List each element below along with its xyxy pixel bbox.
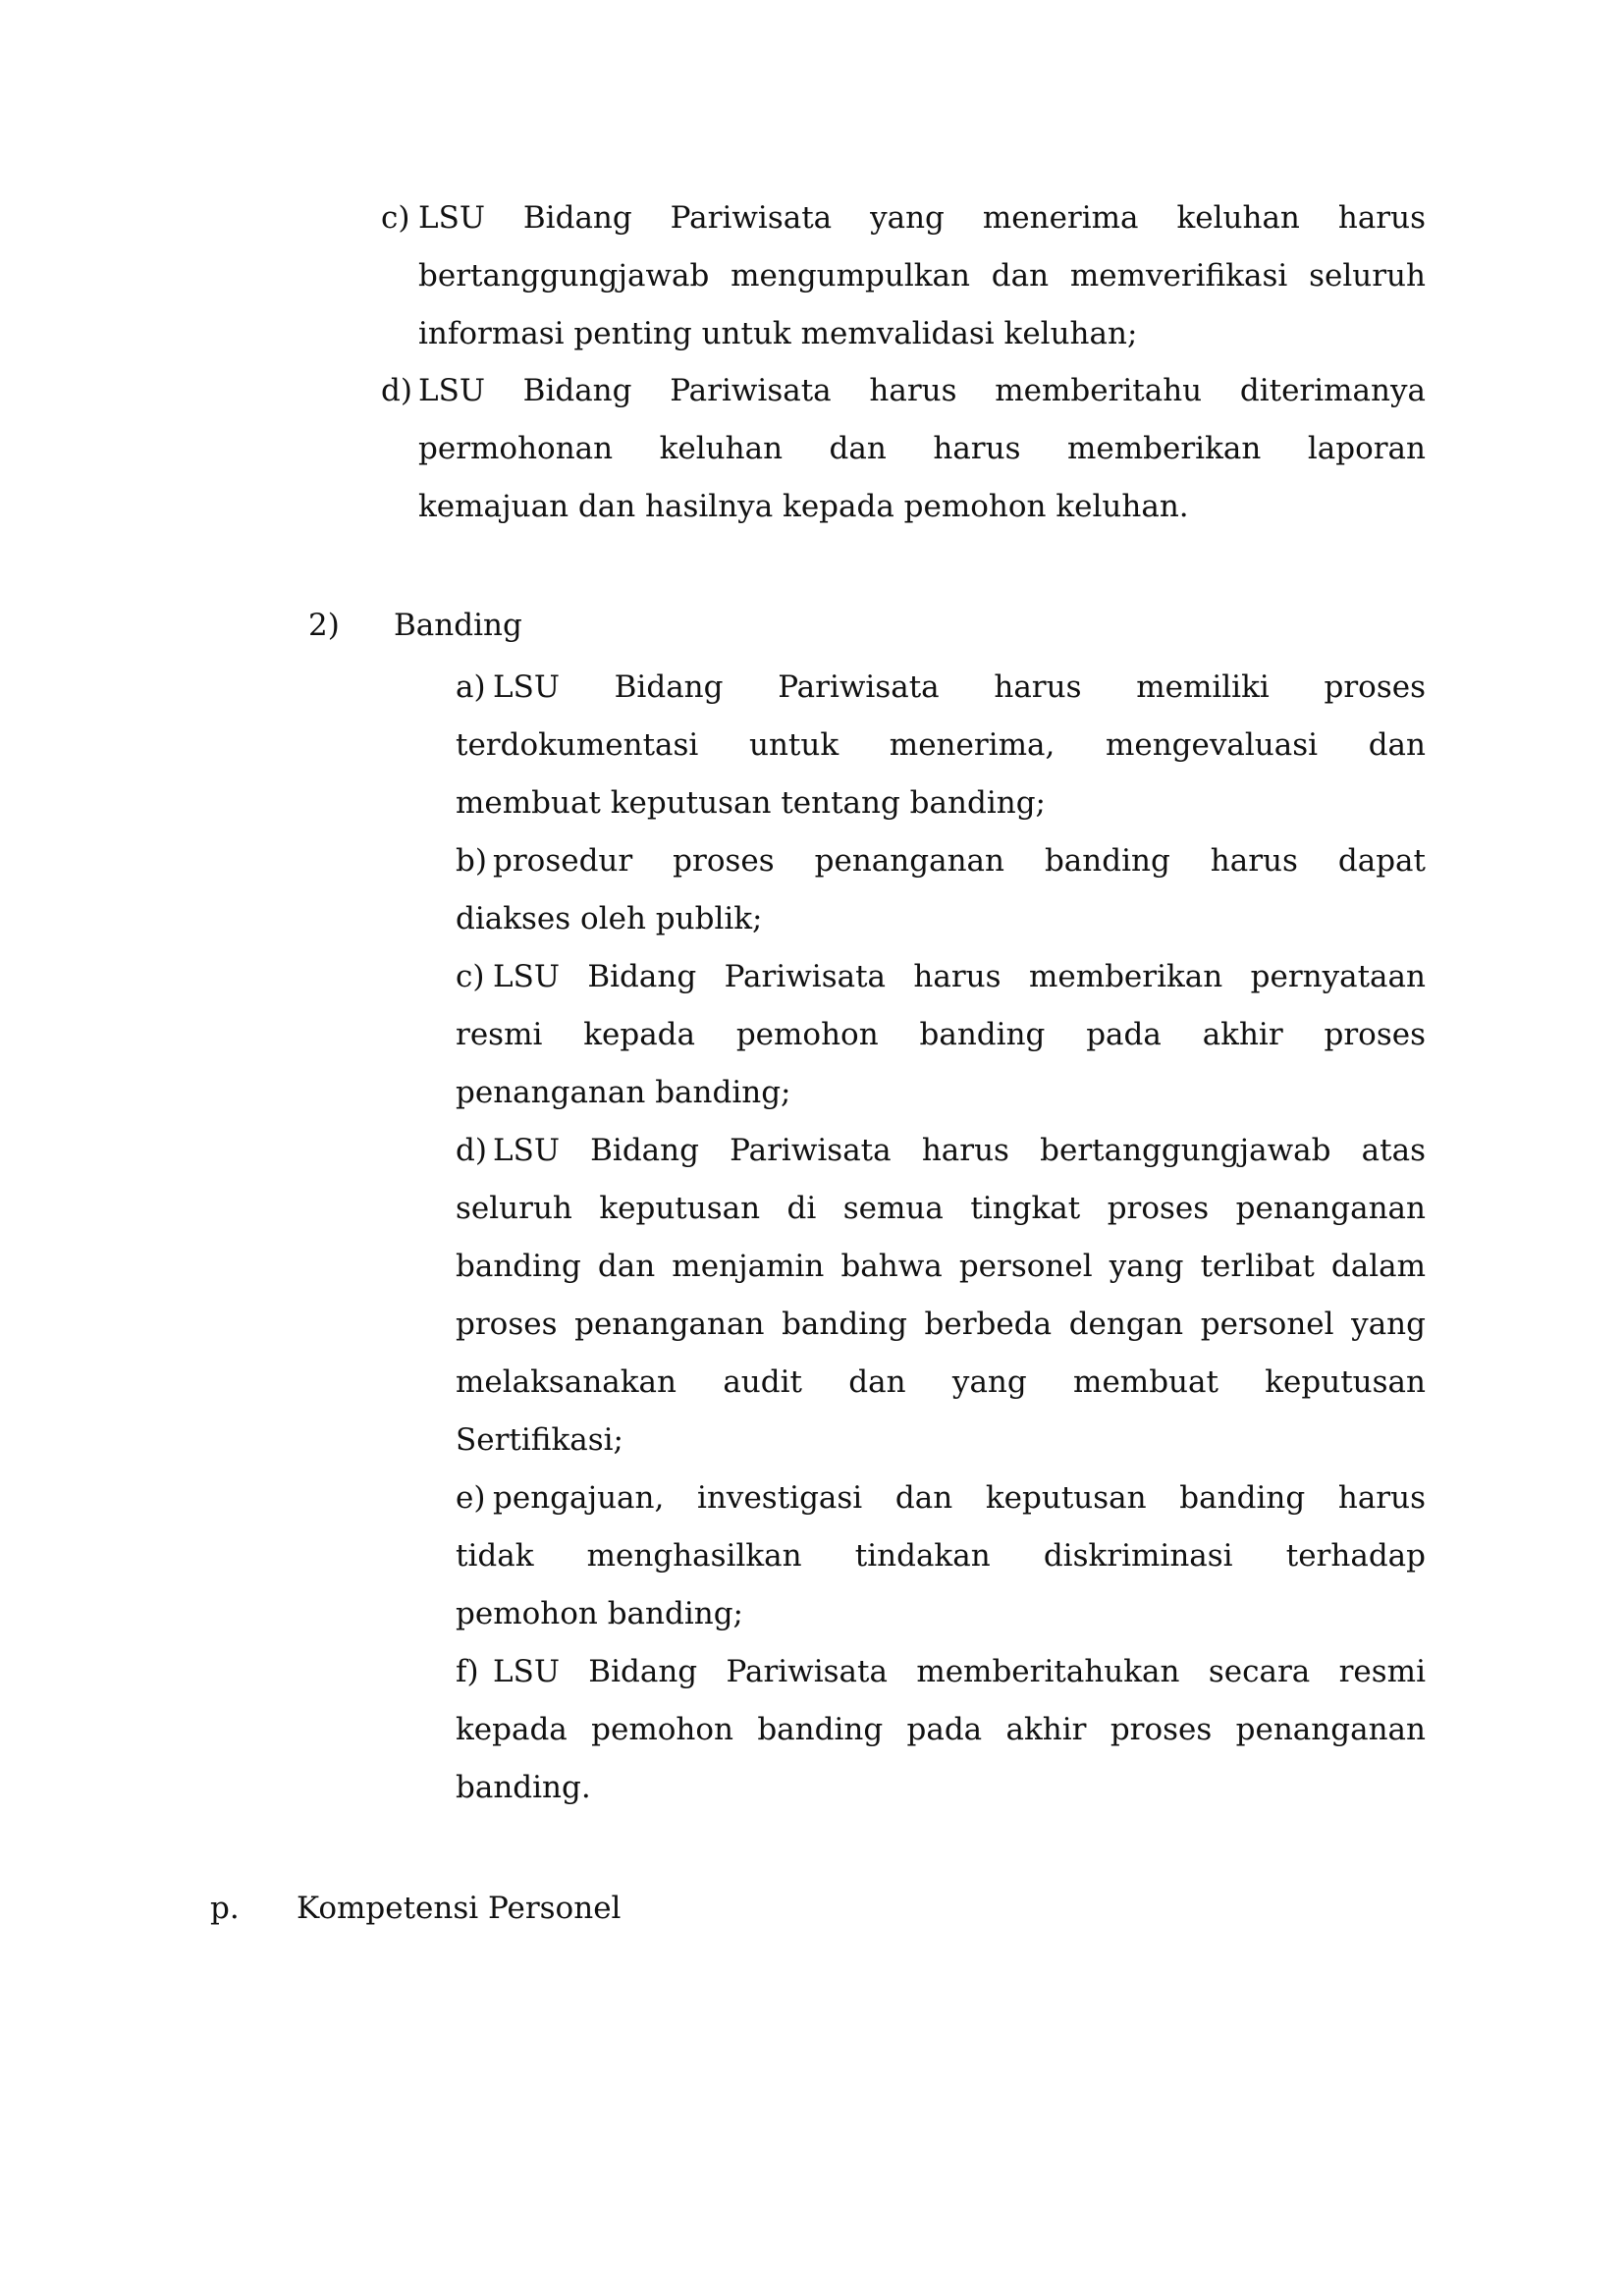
list-label: f) bbox=[456, 1652, 479, 1691]
list-item-line: LSU Bidang Pariwisata harus memberikan p… bbox=[493, 957, 1426, 996]
list-item-line: pemohon banding; bbox=[456, 1594, 743, 1633]
list-label: a) bbox=[456, 667, 486, 707]
list-item-line: LSU Bidang Pariwisata harus memberitahu … bbox=[418, 371, 1426, 410]
list-label: d) bbox=[381, 371, 412, 410]
list-item-line: LSU Bidang Pariwisata harus memiliki pro… bbox=[493, 667, 1426, 707]
list-item-line: kepada pemohon banding pada akhir proses… bbox=[456, 1710, 1426, 1749]
list-item-line: diakses oleh publik; bbox=[456, 899, 763, 938]
list-label: b) bbox=[456, 841, 487, 881]
list-item-line: pengajuan, investigasi dan keputusan ban… bbox=[493, 1478, 1426, 1518]
list-item-line: penanganan banding; bbox=[456, 1073, 791, 1112]
list-label: d) bbox=[456, 1131, 487, 1170]
list-item-line: permohonan keluhan dan harus memberikan … bbox=[418, 429, 1426, 468]
list-item-line: terdokumentasi untuk menerima, mengevalu… bbox=[456, 725, 1426, 765]
list-item-line: seluruh keputusan di semua tingkat prose… bbox=[456, 1189, 1426, 1228]
list-item-line: membuat keputusan tentang banding; bbox=[456, 783, 1046, 823]
list-item-line: banding dan menjamin bahwa personel yang… bbox=[456, 1247, 1426, 1286]
list-label: e) bbox=[456, 1478, 485, 1518]
list-item-line: prosedur proses penanganan banding harus… bbox=[493, 841, 1426, 881]
list-item-line: resmi kepada pemohon banding pada akhir … bbox=[456, 1015, 1426, 1054]
list-item-line: bertanggungjawab mengumpulkan dan memver… bbox=[418, 256, 1426, 295]
document-page: c) LSU Bidang Pariwisata yang menerima k… bbox=[0, 0, 1624, 2296]
section-number: 2) bbox=[308, 606, 340, 645]
list-item-line: melaksanakan audit dan yang membuat kepu… bbox=[456, 1362, 1426, 1402]
section-heading: Kompetensi Personel bbox=[297, 1889, 621, 1928]
list-item-line: Sertifikasi; bbox=[456, 1420, 623, 1460]
section-heading: Banding bbox=[394, 606, 522, 645]
list-item-line: LSU Bidang Pariwisata harus bertanggungj… bbox=[493, 1131, 1426, 1170]
list-item-line: banding. bbox=[456, 1768, 591, 1807]
list-item-line: kemajuan dan hasilnya kepada pemohon kel… bbox=[418, 487, 1189, 526]
section-letter: p. bbox=[210, 1889, 240, 1928]
list-item-line: tidak menghasilkan tindakan diskriminasi… bbox=[456, 1536, 1426, 1575]
list-item-line: LSU Bidang Pariwisata memberitahukan sec… bbox=[493, 1652, 1426, 1691]
list-item-line: informasi penting untuk memvalidasi kelu… bbox=[418, 314, 1137, 353]
list-item-line: LSU Bidang Pariwisata yang menerima kelu… bbox=[418, 198, 1426, 238]
list-item-line: proses penanganan banding berbeda dengan… bbox=[456, 1305, 1426, 1344]
list-label: c) bbox=[381, 198, 409, 238]
list-label: c) bbox=[456, 957, 484, 996]
